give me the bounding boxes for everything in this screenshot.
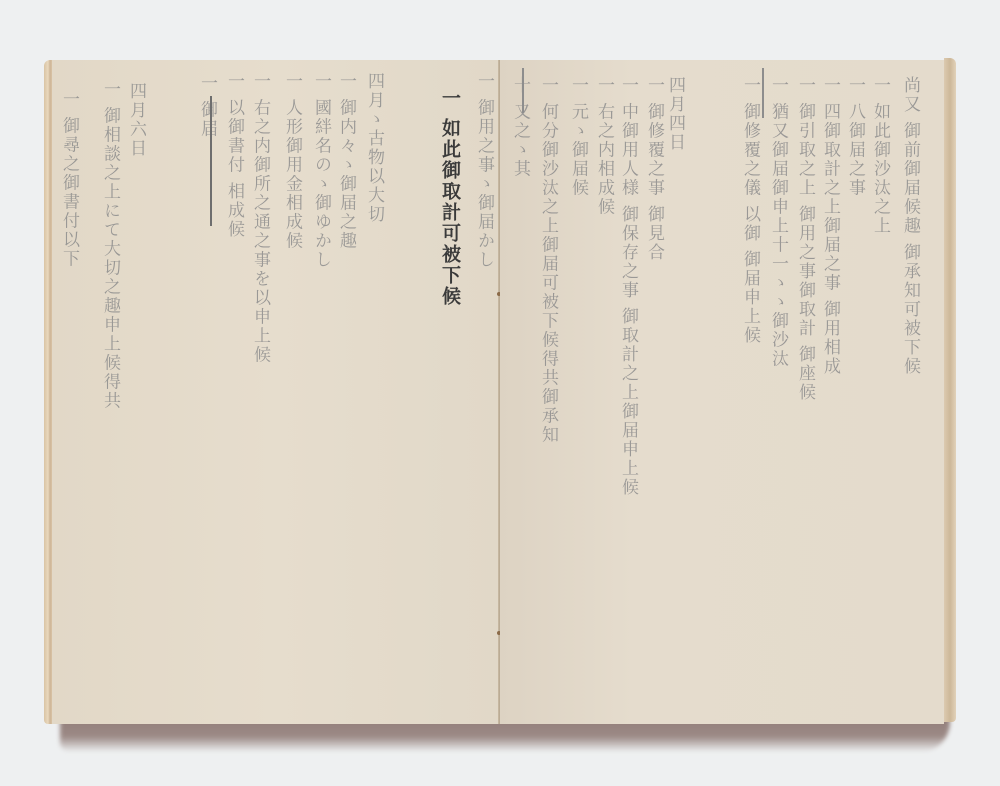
text-column: 一 以御書付 相成候 [224,72,244,417]
text-column: 一 如此御沙汰之上 [870,76,890,306]
strikethrough-line [210,96,212,226]
text-column-struck: 一 御届 [197,74,217,194]
vertical-mark [762,68,764,118]
ink-text-column: 一 如此御取計可被下候 [440,88,460,338]
right-page-edge [944,58,956,722]
text-column: 一 人形御用金相成候 [282,72,302,662]
text-column: 一 何分御沙汰之上御届可被下候得共御承知 [538,76,558,686]
text-column: 一 右之内御所之通之事を以申上候 [250,72,270,562]
text-column: 一 御修覆之事 御見合 [644,76,664,306]
text-column: 四月ゝ古物以大切 [364,72,384,282]
text-column: 四月六日 [126,82,146,182]
text-column: 一 四御取計之上御届之事 御用相成 [820,76,840,521]
text-column: 一 御引取之上 御用之事御取計 御座候 [795,76,815,551]
text-column: 一 御内々ゝ御届之趣 [336,72,356,437]
text-column: 十 又之ゝ其 [510,76,530,306]
open-notebook: 一 御尋之御書付以下 一 御相談之上にて大切之趣申上候得共 四月六日 一 御届 … [44,56,956,727]
text-column: 一 御相談之上にて大切之趣申上候得共 [100,80,120,500]
text-column: 一 御尋之御書付以下 [59,90,79,540]
text-column: 一 猶又御届御申上十一ゝゝ御沙汰 [768,76,788,486]
text-column: 一 八御届之事 [845,76,865,306]
text-column: 一 右之内相成候 [594,76,614,261]
vertical-mark [522,68,524,113]
text-column: 尚又 御前御届候趣 御承知可被下候 [900,76,920,531]
text-column: 一 元ゝ御届候 [568,76,588,226]
text-column: 一 御用之事ゝ御届かし [474,72,494,352]
text-column: 一 中御用人様 御保存之事 御取計之上御届申上候 [618,76,638,706]
right-page: 十 又之ゝ其 一 何分御沙汰之上御届可被下候得共御承知 一 元ゝ御届候 一 右之… [500,60,944,724]
text-column: 一 國絆名のゝ御ゆかし [311,72,331,427]
text-column: 四月四日 [665,76,685,176]
left-page: 一 御尋之御書付以下 一 御相談之上にて大切之趣申上候得共 四月六日 一 御届 … [52,60,500,724]
text-column: 一 御修覆之儀 以御 御届申上候 [740,76,760,451]
